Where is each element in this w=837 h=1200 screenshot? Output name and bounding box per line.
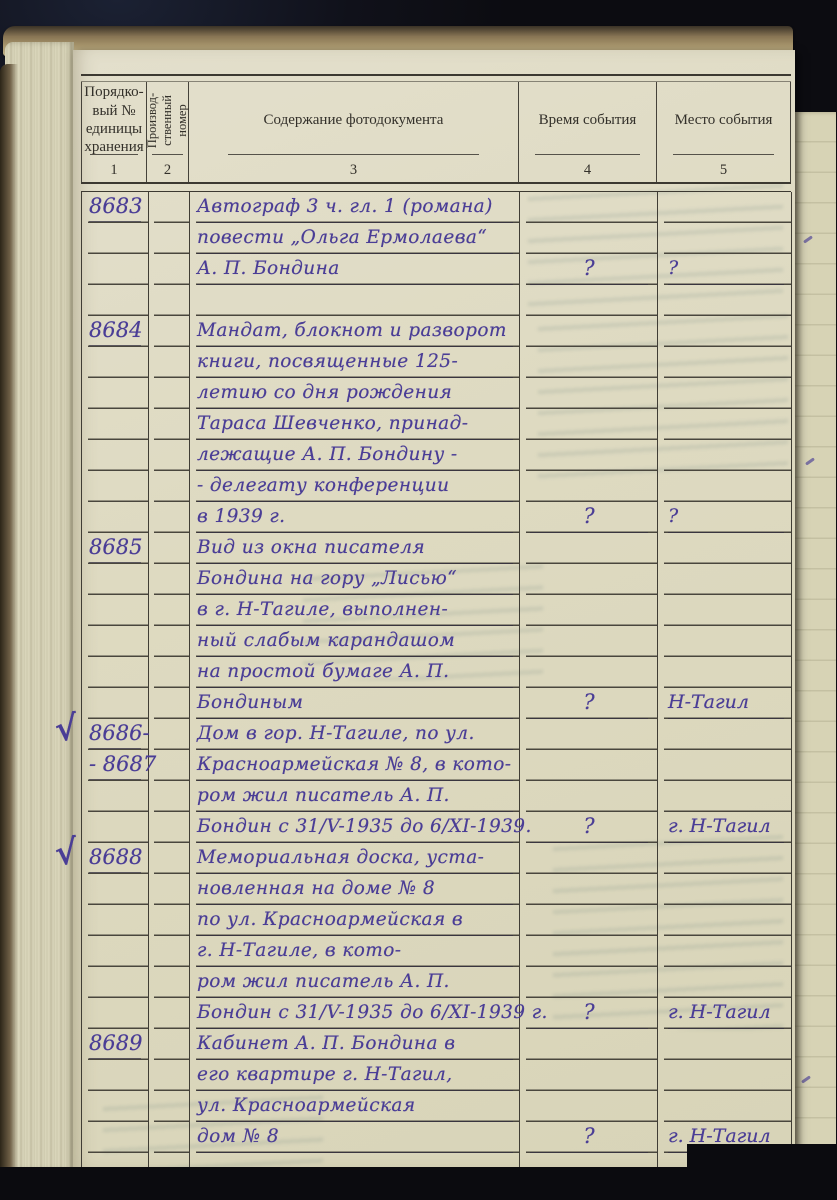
table-header-row: Порядко- вый № единицы хранения Производ… bbox=[81, 82, 791, 158]
column-header-event-time: Время события bbox=[519, 82, 657, 158]
column-numbers-row: 1 2 3 4 5 bbox=[81, 158, 791, 182]
next-page-edge bbox=[793, 112, 836, 1154]
table-body: 8683Автограф 3 ч. гл. 1 (романа)повести … bbox=[81, 192, 791, 1168]
entry-place-value: г. Н-Тагил bbox=[668, 812, 784, 843]
entry-content-line: - делегату конференции bbox=[197, 472, 513, 502]
entry-content-line: Кабинет А. П. Бондина в bbox=[197, 1030, 513, 1060]
entry-content-line: Красноармейская № 8, в кото- bbox=[197, 751, 513, 781]
entry-content-line: Дом в гор. Н-Тагиле, по ул. bbox=[197, 720, 513, 750]
column-header-storage-number: Порядко- вый № единицы хранения bbox=[81, 82, 147, 158]
entry-content-line: ул. Красноармейская bbox=[197, 1092, 513, 1122]
entry-time-value: ? bbox=[530, 812, 648, 843]
entry-content-line: его квартире г. Н-Тагил, bbox=[197, 1061, 513, 1091]
entry-place-value: ? bbox=[668, 254, 784, 285]
check-mark-icon: √ bbox=[53, 708, 79, 750]
column-header-label: Порядко- вый № единицы хранения bbox=[84, 83, 143, 156]
table-top-rule bbox=[81, 74, 791, 82]
entry-content-line: летию со дня рождения bbox=[197, 379, 513, 409]
column-header-label: Содержание фотодокумента bbox=[264, 111, 444, 129]
entry-content-line: на простой бумаге А. П. bbox=[197, 658, 513, 688]
entry-content-line: новленная на доме № 8 bbox=[197, 875, 513, 905]
body-column-production-number bbox=[148, 192, 190, 1168]
entry-content-line: повести „Ольга Ермолаева“ bbox=[197, 224, 513, 254]
background-corner bbox=[687, 1144, 837, 1200]
entry-place-value: г. Н-Тагил bbox=[668, 998, 784, 1029]
column-header-label: Время события bbox=[539, 111, 637, 129]
column-number-2: 2 bbox=[147, 158, 189, 182]
entry-id: 8688 bbox=[89, 842, 141, 873]
entry-id: 8686- bbox=[89, 718, 141, 749]
entry-content-line: дом № 8 bbox=[197, 1123, 513, 1153]
entry-time-value: ? bbox=[530, 1122, 648, 1153]
entry-content-line: А. П. Бондина bbox=[197, 255, 513, 285]
entry-place-value: Н-Тагил bbox=[668, 688, 784, 719]
column-header-label: Производ- ственный номер bbox=[145, 92, 190, 147]
entry-content-line: ром жил писатель А. П. bbox=[197, 782, 513, 812]
entry-content-line: Тараса Шевченко, принад- bbox=[197, 410, 513, 440]
entry-time-value: ? bbox=[530, 688, 648, 719]
column-header-label: Место события bbox=[675, 111, 773, 129]
entry-content-line: по ул. Красноармейская в bbox=[197, 906, 513, 936]
entry-content-line: Бондин с 31/V-1935 до 6/XI-1939. bbox=[197, 813, 513, 843]
book-spine-shadow bbox=[0, 64, 18, 1174]
entry-content-line: ный слабым карандашом bbox=[197, 627, 513, 657]
column-number-3: 3 bbox=[189, 158, 519, 182]
ink-mark bbox=[803, 235, 813, 243]
column-number-5: 5 bbox=[657, 158, 791, 182]
entry-place-value: ? bbox=[668, 502, 784, 533]
entry-content-line: книги, посвященные 125- bbox=[197, 348, 513, 378]
entry-time-value: ? bbox=[530, 502, 648, 533]
column-number-4: 4 bbox=[519, 158, 657, 182]
ledger-page: Порядко- вый № единицы хранения Производ… bbox=[73, 50, 795, 1168]
entry-id: 8683 bbox=[89, 191, 141, 222]
entry-id: 8689 bbox=[89, 1028, 141, 1059]
check-mark-icon: √ bbox=[53, 832, 79, 874]
header-double-rule bbox=[81, 182, 791, 192]
entry-id: 8685 bbox=[89, 532, 141, 563]
entry-content-line: Мандат, блокнот и разворот bbox=[197, 317, 513, 347]
entry-content-line: Бондин с 31/V-1935 до 6/XI-1939 г. bbox=[197, 999, 513, 1029]
entry-content-line: ром жил писатель А. П. bbox=[197, 968, 513, 998]
entry-content-line: Автограф 3 ч. гл. 1 (романа) bbox=[197, 193, 513, 223]
entry-time-value: ? bbox=[530, 254, 648, 285]
entry-content-line: Бондина на гору „Лисью“ bbox=[197, 565, 513, 595]
entry-id: - 8687 bbox=[89, 749, 141, 780]
photo-backdrop: Порядко- вый № единицы хранения Производ… bbox=[0, 0, 837, 1200]
entry-content-line: Мемориальная доска, уста- bbox=[197, 844, 513, 874]
ink-mark bbox=[805, 457, 815, 465]
column-header-production-number: Производ- ственный номер bbox=[147, 82, 189, 158]
entry-content-line: Вид из окна писателя bbox=[197, 534, 513, 564]
entry-content-line: в 1939 г. bbox=[197, 503, 513, 533]
column-number-1: 1 bbox=[81, 158, 147, 182]
entry-content-line: в г. Н-Тагиле, выполнен- bbox=[197, 596, 513, 626]
ink-mark bbox=[801, 1075, 811, 1083]
column-header-event-place: Место события bbox=[657, 82, 791, 158]
entry-id: 8684 bbox=[89, 315, 141, 346]
entry-content-line: лежащие А. П. Бондину - bbox=[197, 441, 513, 471]
entry-time-value: ? bbox=[530, 998, 648, 1029]
column-header-content: Содержание фотодокумента bbox=[189, 82, 519, 158]
entry-content-line: г. Н-Тагиле, в кото- bbox=[197, 937, 513, 967]
entry-content-line: Бондиным bbox=[197, 689, 513, 719]
records-table: Порядко- вый № единицы хранения Производ… bbox=[81, 74, 791, 1168]
